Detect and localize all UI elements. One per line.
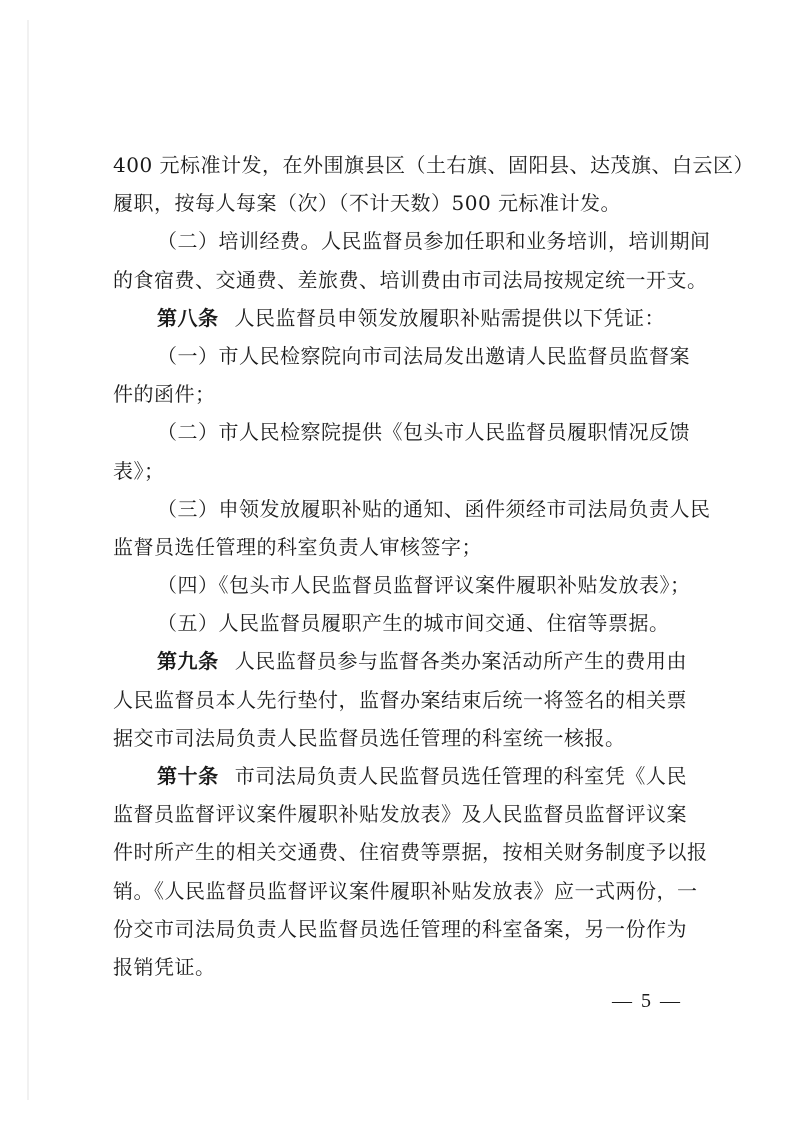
text-line: 据交市司法局负责人民监督员选任管理的科室统一核报。 [113,719,687,757]
list-item-4: （四）《包头市人民监督员监督评议案件履职补贴发放表》； [113,566,687,604]
page-number: — 5 — [612,990,682,1013]
article-10: 第十条市司法局负责人民监督员选任管理的科室凭《人民 监督员监督评议案件履职补贴发… [113,757,687,986]
scan-edge-artifact [27,20,29,1100]
paragraph-training-fee: （二）培训经费。人民监督员参加任职和业务培训，培训期间 的食宿费、交通费、差旅费… [113,222,687,298]
text-line: （四）《包头市人民监督员监督评议案件履职补贴发放表》； [113,566,687,604]
text-line: 监督员监督评议案件履职补贴发放表》及人民监督员监督评议案 [113,795,687,833]
article-heading: 第八条 [157,306,219,330]
article-9: 第九条人民监督员参与监督各类办案活动所产生的费用由 人民监督员本人先行垫付，监督… [113,642,687,757]
text-line: （一）市人民检察院向市司法局发出邀请人民监督员监督案 [113,337,687,375]
text-line: 第九条人民监督员参与监督各类办案活动所产生的费用由 [113,642,687,680]
text-line: （二）培训经费。人民监督员参加任职和业务培训，培训期间 [113,222,687,260]
list-item-1: （一）市人民检察院向市司法局发出邀请人民监督员监督案 件的函件； [113,337,687,413]
article-heading: 第十条 [157,764,219,788]
text-line: 人民监督员本人先行垫付，监督办案结束后统一将签名的相关票 [113,681,687,719]
text-line: 件的函件； [113,375,687,413]
list-item-5: （五）人民监督员履职产生的城市间交通、住宿等票据。 [113,604,687,642]
list-item-2: （二）市人民检察院提供《包头市人民监督员履职情况反馈 表》； [113,413,687,489]
text-line: （二）市人民检察院提供《包头市人民监督员履职情况反馈 [113,413,687,451]
document-body: 400 元标准计发，在外围旗县区（土右旗、固阳县、达茂旗、白云区） 履职，按每人… [113,146,687,986]
text-line: （五）人民监督员履职产生的城市间交通、住宿等票据。 [113,604,687,642]
article-text: 市司法局负责人民监督员选任管理的科室凭《人民 [235,764,687,788]
text-line: 的食宿费、交通费、差旅费、培训费由市司法局按规定统一开支。 [113,261,687,299]
text-line: 第十条市司法局负责人民监督员选任管理的科室凭《人民 [113,757,687,795]
paragraph-subsidy-continuation: 400 元标准计发，在外围旗县区（土右旗、固阳县、达茂旗、白云区） 履职，按每人… [113,146,687,222]
text-line: 履职，按每人每案（次）（不计天数）500 元标准计发。 [113,184,687,222]
article-text: 人民监督员申领发放履职补贴需提供以下凭证： [235,306,666,330]
article-8: 第八条人民监督员申领发放履职补贴需提供以下凭证： [113,299,687,337]
text-line: 件时所产生的相关交通费、住宿费等票据，按相关财务制度予以报 [113,833,687,871]
text-line: （三）申领发放履职补贴的通知、函件须经市司法局负责人民 [113,490,687,528]
article-heading: 第九条 [157,649,219,673]
list-item-3: （三）申领发放履职补贴的通知、函件须经市司法局负责人民 监督员选任管理的科室负责… [113,490,687,566]
text-line: 表》； [113,452,687,490]
text-line: 监督员选任管理的科室负责人审核签字； [113,528,687,566]
text-line: 份交市司法局负责人民监督员选任管理的科室备案，另一份作为 [113,910,687,948]
text-line: 第八条人民监督员申领发放履职补贴需提供以下凭证： [113,299,687,337]
text-line: 报销凭证。 [113,948,687,986]
text-line: 销。《人民监督员监督评议案件履职补贴发放表》应一式两份，一 [113,872,687,910]
text-line: 400 元标准计发，在外围旗县区（土右旗、固阳县、达茂旗、白云区） [113,146,687,184]
article-text: 人民监督员参与监督各类办案活动所产生的费用由 [235,649,687,673]
